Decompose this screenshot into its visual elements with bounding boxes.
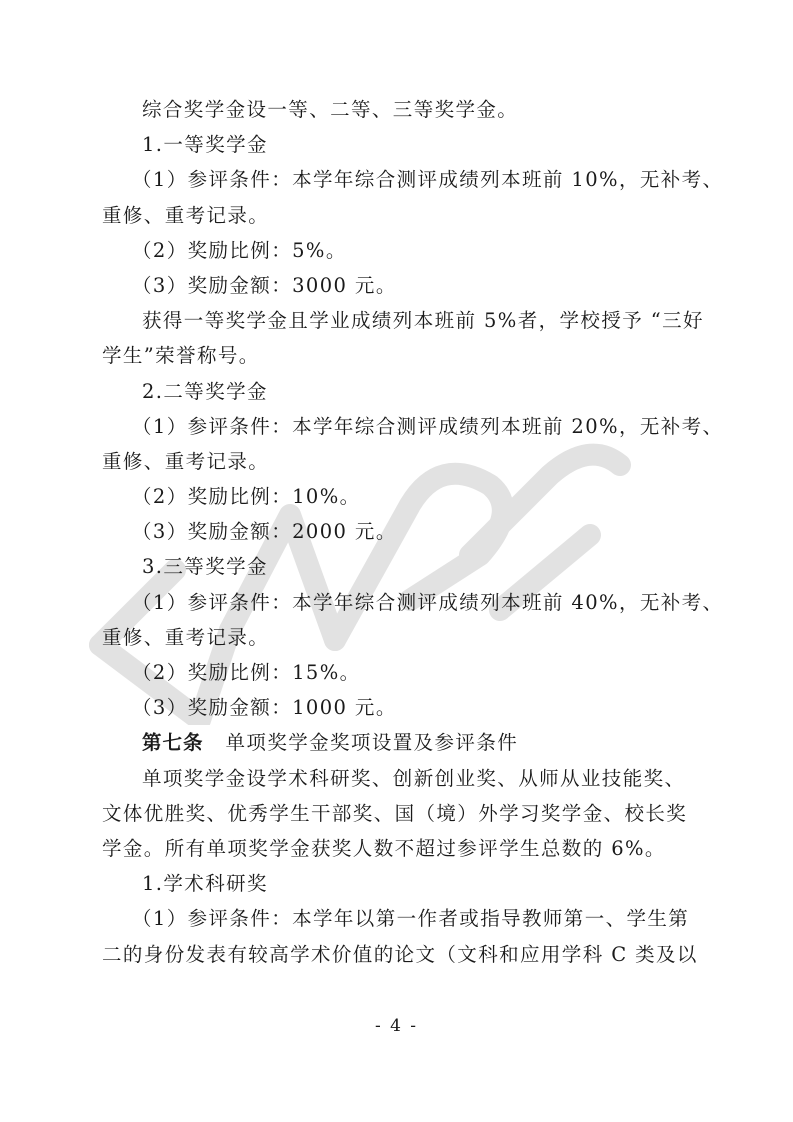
- paragraph-line: （1）参评条件：本学年综合测评成绩列本班前 10%，无补考、: [102, 162, 694, 197]
- paragraph-line: 学生”荣誉称号。: [102, 338, 694, 373]
- article-title: 单项奖学金奖项设置及参评条件: [226, 731, 519, 754]
- paragraph-line: （3）奖励金额：1000 元。: [102, 690, 694, 725]
- paragraph-line: 综合奖学金设一等、二等、三等奖学金。: [102, 92, 694, 127]
- article-label: 第七条: [142, 731, 204, 754]
- paragraph-line: （1）参评条件：本学年以第一作者或指导教师第一、学生第: [102, 901, 694, 936]
- paragraph-line: （3）奖励金额：3000 元。: [102, 268, 694, 303]
- paragraph-line: 学金。所有单项奖学金获奖人数不超过参评学生总数的 6%。: [102, 831, 694, 866]
- document-page: 综合奖学金设一等、二等、三等奖学金。1.一等奖学金（1）参评条件：本学年综合测评…: [0, 0, 793, 1122]
- paragraph-line: 重修、重考记录。: [102, 620, 694, 655]
- paragraph-line: 重修、重考记录。: [102, 198, 694, 233]
- paragraph-line: （2）奖励比例：10%。: [102, 479, 694, 514]
- paragraph-line: 单项奖学金设学术科研奖、创新创业奖、从师从业技能奖、: [102, 761, 694, 796]
- paragraph-line: 二的身份发表有较高学术价值的论文（文科和应用学科 C 类及以: [102, 937, 694, 972]
- paragraph-line: （2）奖励比例：5%。: [102, 233, 694, 268]
- paragraph-line: 3.三等奖学金: [102, 549, 694, 584]
- paragraph-line: 获得一等奖学金且学业成绩列本班前 5%者，学校授予 “三好: [102, 303, 694, 338]
- paragraph-line: 1.学术科研奖: [102, 866, 694, 901]
- paragraph-line: 2.二等奖学金: [102, 374, 694, 409]
- paragraph-line: 文体优胜奖、优秀学生干部奖、国（境）外学习奖学金、校长奖: [102, 796, 694, 831]
- paragraph-line: 1.一等奖学金: [102, 127, 694, 162]
- page-number: - 4 -: [0, 1016, 793, 1036]
- paragraph-line: （1）参评条件：本学年综合测评成绩列本班前 20%，无补考、: [102, 409, 694, 444]
- article-heading: 第七条单项奖学金奖项设置及参评条件: [102, 725, 694, 760]
- paragraph-line: 重修、重考记录。: [102, 444, 694, 479]
- document-body: 综合奖学金设一等、二等、三等奖学金。1.一等奖学金（1）参评条件：本学年综合测评…: [102, 92, 694, 972]
- paragraph-line: （1）参评条件：本学年综合测评成绩列本班前 40%，无补考、: [102, 585, 694, 620]
- paragraph-line: （2）奖励比例：15%。: [102, 655, 694, 690]
- paragraph-line: （3）奖励金额：2000 元。: [102, 514, 694, 549]
